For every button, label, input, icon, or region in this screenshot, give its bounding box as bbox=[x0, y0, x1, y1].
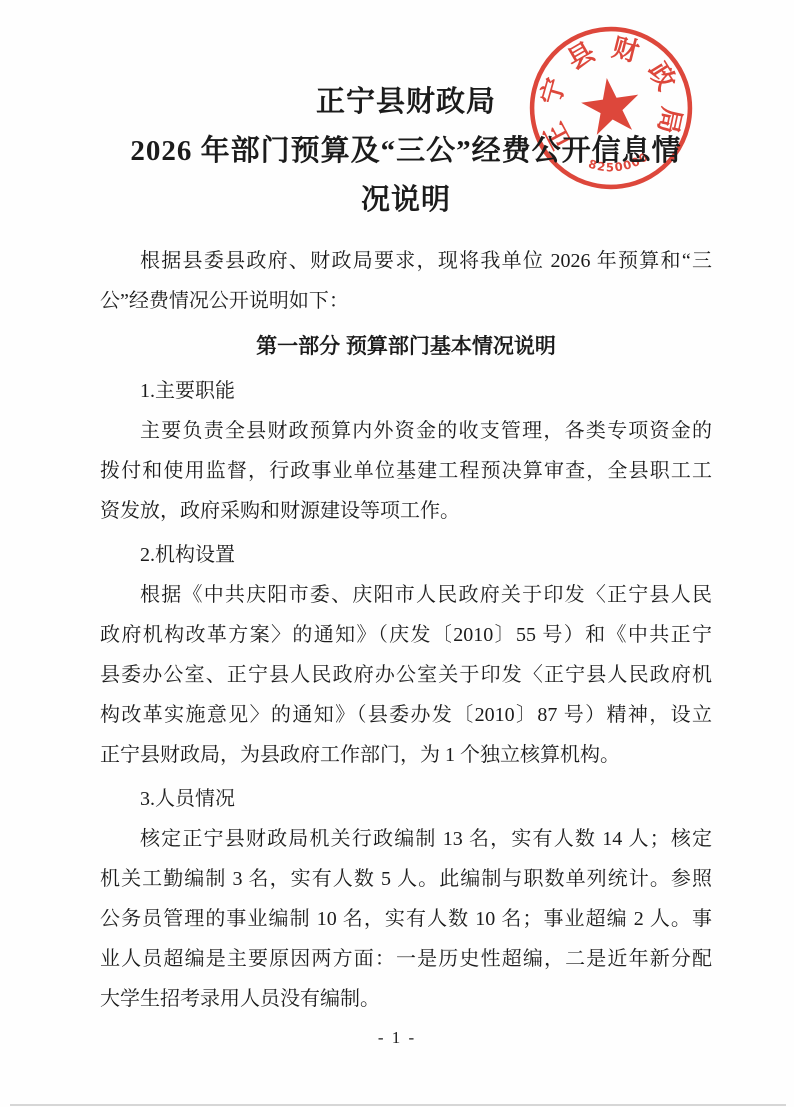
body-line: 政府机构改革方案〉的通知》（庆发〔2010〕55 号）和《中共正宁 bbox=[100, 615, 712, 655]
title-line-3: 况说明 bbox=[100, 176, 712, 225]
title-line-2: 2026 年部门预算及“三公”经费公开信息情 bbox=[100, 127, 712, 176]
page-number: - 1 - bbox=[0, 1028, 794, 1048]
document-body: 根据县委县政府、财政局要求，现将我单位 2026 年预算和“三公”经费情况公开说… bbox=[100, 241, 712, 1019]
body-line: 正宁县财政局，为县政府工作部门，为 1 个独立核算机构。 bbox=[100, 735, 712, 775]
body-line: 县委办公室、正宁县人民政府办公室关于印发〈正宁县人民政府机 bbox=[100, 655, 712, 695]
body-line: 资发放，政府采购和财源建设等项工作。 bbox=[100, 491, 712, 531]
subsection-heading: 1.主要职能 bbox=[100, 371, 712, 411]
body-line: 机关工勤编制 3 名，实有人数 5 人。此编制与职数单列统计。参照 bbox=[100, 859, 712, 899]
body-line: 公”经费情况公开说明如下： bbox=[100, 281, 712, 321]
body-line: 公务员管理的事业编制 10 名，实有人数 10 名；事业超编 2 人。事 bbox=[100, 899, 712, 939]
body-line: 大学生招考录用人员没有编制。 bbox=[100, 979, 712, 1019]
body-line: 构改革实施意见〉的通知》（县委办发〔2010〕87 号）精神，设立 bbox=[100, 695, 712, 735]
document-title: 正宁县财政局 2026 年部门预算及“三公”经费公开信息情 况说明 bbox=[100, 78, 712, 225]
section-heading: 第一部分 预算部门基本情况说明 bbox=[100, 327, 712, 367]
subsection-heading: 3.人员情况 bbox=[100, 779, 712, 819]
scan-edge-artifact bbox=[10, 1104, 786, 1106]
subsection-heading: 2.机构设置 bbox=[100, 535, 712, 575]
body-line: 根据《中共庆阳市委、庆阳市人民政府关于印发〈正宁县人民 bbox=[100, 575, 712, 615]
body-line: 主要负责全县财政预算内外资金的收支管理，各类专项资金的 bbox=[100, 411, 712, 451]
body-line: 根据县委县政府、财政局要求，现将我单位 2026 年预算和“三 bbox=[100, 241, 712, 281]
document-content: 正宁县财政局 2026 年部门预算及“三公”经费公开信息情 况说明 根据县委县政… bbox=[100, 78, 712, 1019]
body-line: 拨付和使用监督，行政事业单位基建工程预决算审查，全县职工工 bbox=[100, 451, 712, 491]
title-line-1: 正宁县财政局 bbox=[100, 78, 712, 127]
body-line: 核定正宁县财政局机关行政编制 13 名，实有人数 14 人；核定 bbox=[100, 819, 712, 859]
scanned-document-page: 正宁县财政局 6228250000116 正宁县财政局 2026 年部门预算及“… bbox=[0, 0, 794, 1107]
body-line: 业人员超编是主要原因两方面：一是历史性超编，二是近年新分配 bbox=[100, 939, 712, 979]
seal-char: 财 bbox=[609, 33, 642, 68]
